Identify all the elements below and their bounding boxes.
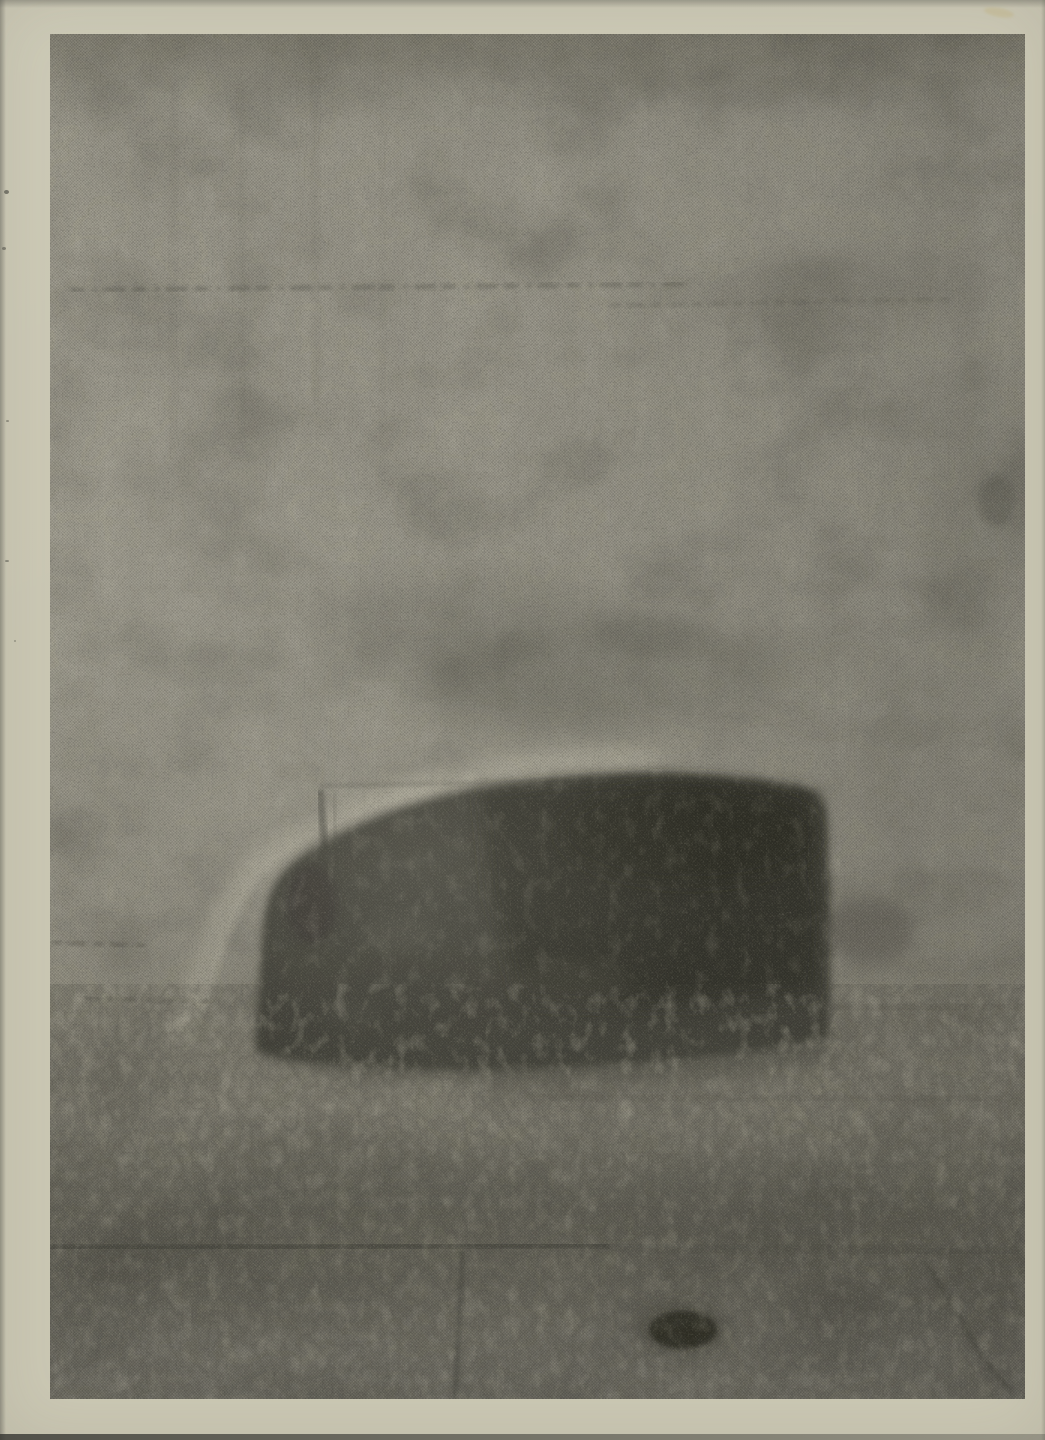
halftone-image — [50, 34, 1025, 1399]
paper-stain — [983, 5, 1014, 19]
scan-edge-left — [0, 0, 6, 1440]
paper-speck — [4, 190, 9, 194]
scanned-paper-cover — [0, 0, 1045, 1440]
scan-edge-right — [1041, 0, 1045, 1440]
halftone-print-area — [50, 34, 1025, 1399]
paper-speck — [14, 640, 16, 642]
paper-speck — [6, 420, 9, 422]
scan-edge-bottom — [0, 1434, 1045, 1440]
paper-speck — [2, 247, 6, 250]
scan-edge-top — [0, 0, 1045, 8]
paper-speck — [5, 560, 9, 562]
grain-light-layer — [50, 34, 1025, 1399]
